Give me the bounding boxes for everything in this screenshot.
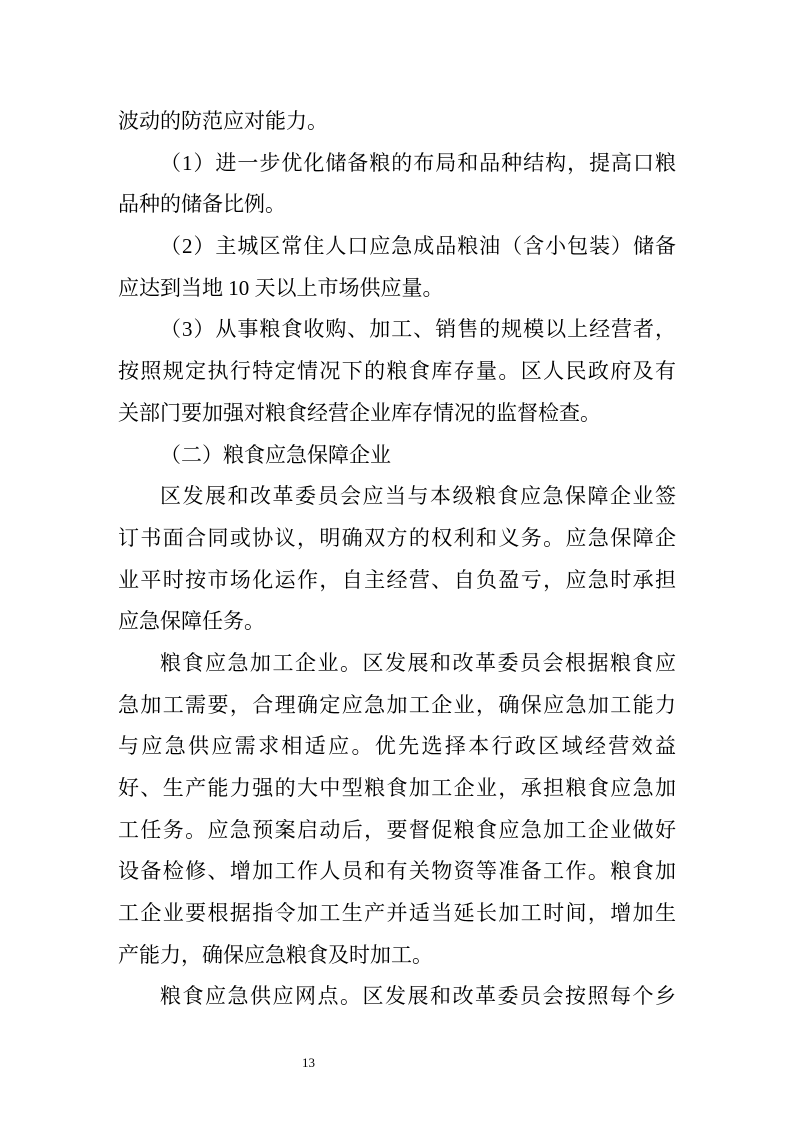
text-line: 产能力，确保应急粮食及时加工。 [118, 935, 676, 977]
text-line: 粮食应急加工企业。区发展和改革委员会根据粮食应 [118, 643, 676, 685]
section-heading-line: （二）粮食应急保障企业 [118, 435, 676, 477]
text-line: 业平时按市场化运作，自主经营、自负盈亏，应急时承担 [118, 560, 676, 602]
text-line: 与应急供应需求相适应。优先选择本行政区域经营效益 [118, 726, 676, 768]
text-line: 波动的防范应对能力。 [118, 101, 676, 143]
text-line: 按照规定执行特定情况下的粮食库存量。区人民政府及有 [118, 351, 676, 393]
document-page: 波动的防范应对能力。 （1）进一步优化储备粮的布局和品种结构，提高口粮 品种的储… [0, 0, 793, 1122]
text-line: 工任务。应急预案启动后，要督促粮食应急加工企业做好 [118, 810, 676, 852]
text-line: 急加工需要，合理确定应急加工企业，确保应急加工能力 [118, 685, 676, 727]
text-line: 品种的储备比例。 [118, 184, 676, 226]
text-line: （2）主城区常住人口应急成品粮油（含小包装）储备 [118, 226, 676, 268]
text-line: （1）进一步优化储备粮的布局和品种结构，提高口粮 [118, 143, 676, 185]
text-line: 设备检修、增加工作人员和有关物资等准备工作。粮食加 [118, 851, 676, 893]
text-line: 好、生产能力强的大中型粮食加工企业，承担粮食应急加 [118, 768, 676, 810]
page-number: 13 [302, 1054, 315, 1071]
text-line: 应急保障任务。 [118, 601, 676, 643]
text-line: 粮食应急供应网点。区发展和改革委员会按照每个乡 [118, 976, 676, 1018]
text-line: 关部门要加强对粮食经营企业库存情况的监督检查。 [118, 393, 676, 435]
text-line: 工企业要根据指令加工生产并适当延长加工时间，增加生 [118, 893, 676, 935]
text-line: （3）从事粮食收购、加工、销售的规模以上经营者， [118, 309, 676, 351]
document-text: 波动的防范应对能力。 （1）进一步优化储备粮的布局和品种结构，提高口粮 品种的储… [118, 101, 676, 1018]
text-line: 订书面合同或协议，明确双方的权利和义务。应急保障企 [118, 518, 676, 560]
text-line: 区发展和改革委员会应当与本级粮食应急保障企业签 [118, 476, 676, 518]
text-line: 应达到当地 10 天以上市场供应量。 [118, 268, 676, 310]
